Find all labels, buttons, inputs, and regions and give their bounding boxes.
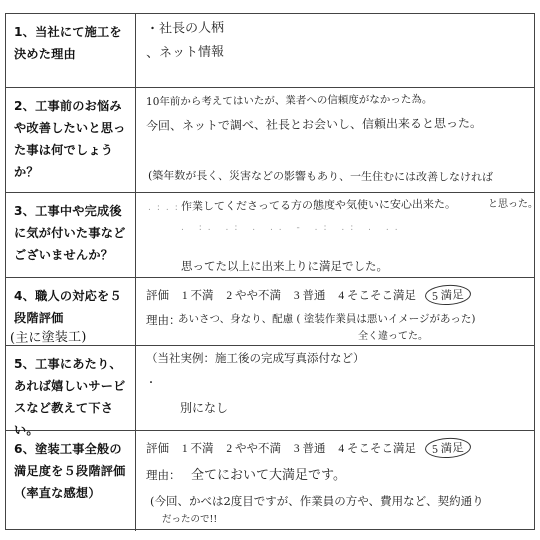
row-5-desired-services: 5、工事にあたり、あれば嬉しいサービスなど教えて下さい。 （当社実例：施工後の完… [6, 346, 534, 431]
reason-label: 理由： [146, 467, 181, 483]
answer-1-line-1: ・社長の人柄 [146, 17, 224, 37]
question-2: 2、工事前のお悩みや改善したいと思った事は何でしょうか？ [6, 88, 136, 192]
answer-6: 評価 1 不満 2 やや不満 3 普通 4 そこそこ満足 5 満足 理由： 全て… [136, 431, 534, 531]
answer-6-line-3: だったので!! [162, 511, 217, 525]
rating-scale-4: 評価 1 不満 2 やや不満 3 普通 4 そこそこ満足 5 満足 [146, 285, 481, 305]
rating-label: 評価 [146, 443, 169, 455]
rating-scale-6: 評価 1 不満 2 やや不満 3 普通 4 そこそこ満足 5 満足 [146, 438, 481, 458]
question-6: 6、塗装工事全般の満足度を５段階評価（率直な感想） [6, 431, 136, 531]
row-4-craftsman-rating: 4、職人の対応を５段階評価 (主に塗装工) 評価 1 不満 2 やや不満 3 普… [6, 278, 534, 346]
question-4: 4、職人の対応を５段階評価 (主に塗装工) [6, 278, 136, 345]
rating-label: 評価 [146, 290, 169, 302]
answer-3-line-2: 思ってた以上に出来上りに満足でした。 [181, 258, 388, 274]
answer-4: 評価 1 不満 2 やや不満 3 普通 4 そこそこ満足 5 満足 理由： あい… [136, 278, 534, 345]
answer-4-line-2: 全く違ってた。 [358, 327, 428, 342]
answer-1-line-2: 、ネット情報 [146, 41, 224, 61]
answer-1: ・社長の人柄 、ネット情報 [136, 14, 534, 87]
question-4-text: 4、職人の対応を５段階評価 [14, 289, 122, 325]
rating-option-5-selected[interactable]: 5 満足 [424, 284, 471, 306]
answer-6-line-2: (今回、かべは2度目ですが、作業員の方や、費用など、契約通り [150, 493, 484, 509]
answer-4-line-1: あいさつ、身なり、配慮 ( 塗装作業員は悪いイメージがあった) [178, 311, 476, 326]
question-5: 5、工事にあたり、あれば嬉しいサービスなど教えて下さい。 [6, 346, 136, 430]
rating-option-1[interactable]: 1 不満 [182, 443, 214, 455]
row-6-overall-satisfaction: 6、塗装工事全般の満足度を５段階評価（率直な感想） 評価 1 不満 2 やや不満… [6, 431, 534, 531]
question-1: 1、当社にて施工を決めた理由 [6, 14, 136, 87]
rating-option-4[interactable]: 4 そこそこ満足 [338, 443, 416, 455]
questionnaire-table: 1、当社にて施工を決めた理由 ・社長の人柄 、ネット情報 2、工事前のお悩みや改… [5, 13, 535, 530]
answer-3: .:.: 作業してくださってる方の態度や気使いに安心出来た。 と思った。 . :… [136, 193, 534, 277]
scan-speckle: .:.: [148, 203, 184, 213]
rating-option-3[interactable]: 3 普通 [294, 443, 326, 455]
answer-3-line-1-cont: と思った。 [488, 195, 538, 210]
scan-speckle: . :. .: . .. - .: .: . .. [181, 223, 404, 233]
row-3-noticed-during-work: 3、工事中や完成後に気が付いた事などございませんか？ .:.: 作業してくださっ… [6, 193, 534, 278]
answer-2: 10年前から考えてはいたが、業者への信頼度がなかった為。 今回、ネットで調べ、社… [136, 88, 534, 192]
row-2-concerns-before-work: 2、工事前のお悩みや改善したいと思った事は何でしょうか？ 10年前から考えてはい… [6, 88, 534, 193]
rating-option-2[interactable]: 2 やや不満 [226, 443, 281, 455]
answer-5-line-1: 別になし [180, 399, 228, 416]
rating-option-2[interactable]: 2 やや不満 [226, 290, 281, 302]
answer-2-line-2: 今回、ネットで調べ、社長とお会いし、信頼出来ると思った。 [146, 114, 482, 134]
rating-option-3[interactable]: 3 普通 [294, 290, 326, 302]
answer-6-line-1: 全てにおいて大満足です。 [191, 464, 346, 483]
rating-option-4[interactable]: 4 そこそこ満足 [338, 290, 416, 302]
answer-5-bullet: ・ [146, 374, 156, 389]
answer-2-line-1: 10年前から考えてはいたが、業者への信頼度がなかった為。 [146, 92, 432, 109]
reason-label: 理由： [146, 312, 181, 328]
question-3: 3、工事中や完成後に気が付いた事などございませんか？ [6, 193, 136, 277]
row-1-reason-for-choosing: 1、当社にて施工を決めた理由 ・社長の人柄 、ネット情報 [6, 14, 534, 88]
example-note: （当社実例：施工後の完成写真添付など） [146, 350, 365, 366]
rating-option-5-selected[interactable]: 5 満足 [424, 437, 471, 459]
answer-2-line-3: (築年数が長く、災害などの影響もあり、一生住むには改善しなければ [148, 167, 493, 185]
answer-5: （当社実例：施工後の完成写真添付など） ・ 別になし [136, 346, 534, 430]
rating-option-1[interactable]: 1 不満 [182, 290, 214, 302]
answer-3-line-1: 作業してくださってる方の態度や気使いに安心出来た。 [181, 196, 456, 214]
